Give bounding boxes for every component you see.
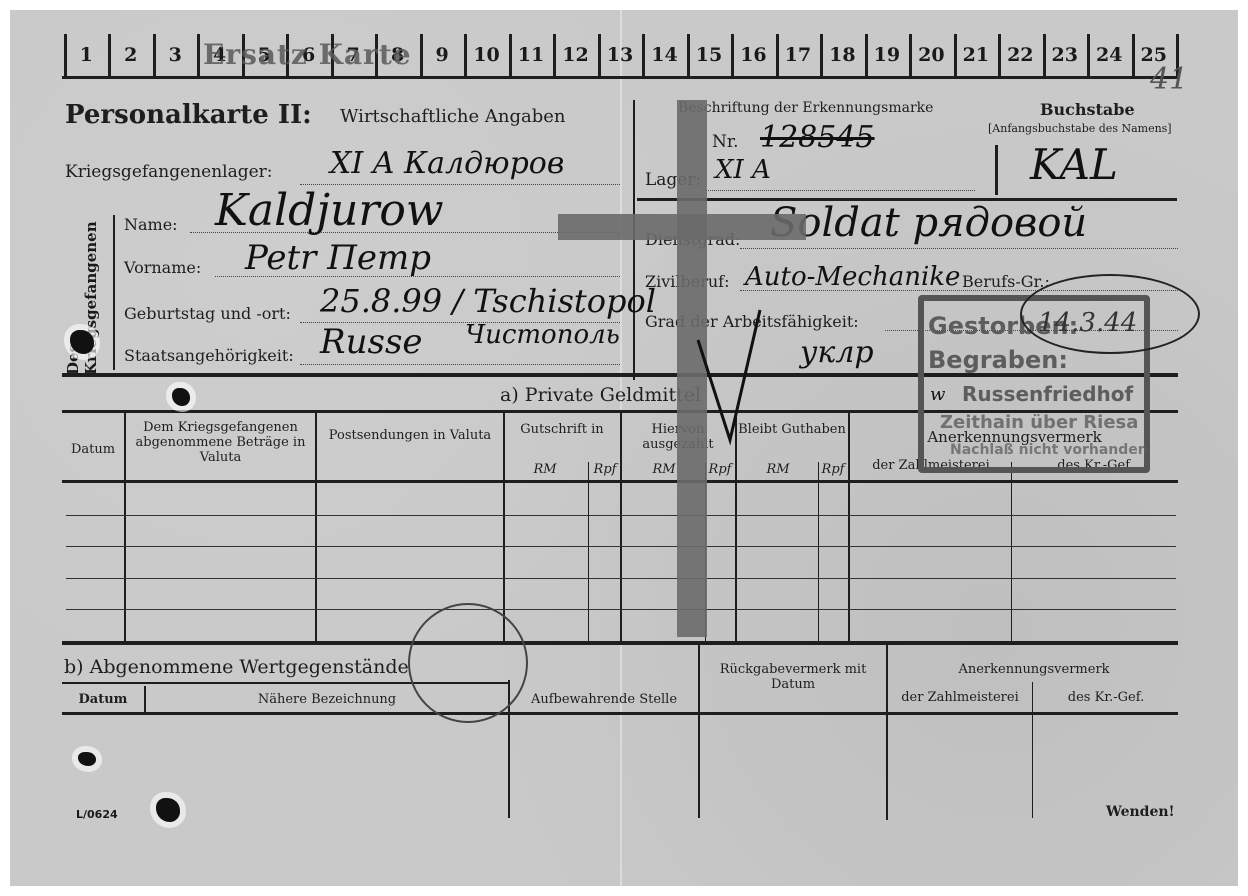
strip-number: 24	[1087, 34, 1131, 76]
section-a-header-rule	[62, 480, 1178, 483]
b-col-anerkennung-kgf: des Kr.-Gef.	[1034, 690, 1178, 705]
strip-number: 22	[998, 34, 1042, 76]
tag-lager-value: XI A	[715, 155, 771, 185]
stamp-line3: Russenfriedhof	[962, 382, 1133, 406]
berufsgr-label: Berufs-Gr.:	[962, 272, 1050, 291]
col-bleibt-rpf: Rpf	[819, 462, 847, 477]
col-postsendungen: Postsendungen in Valuta	[320, 428, 500, 443]
b-col-stelle: Aufbewahrende Stelle	[512, 692, 696, 707]
strip-number: 1	[64, 34, 108, 76]
staat-value: Russe	[320, 322, 423, 362]
strip-number: 14	[642, 34, 686, 76]
letter-subheading: [Anfangsbuchstabe des Namens]	[988, 122, 1172, 135]
vorname-label: Vorname:	[124, 258, 201, 277]
table-row-line	[66, 578, 1176, 579]
b-col-datum: Datum	[64, 692, 142, 707]
hole-2	[172, 388, 190, 406]
strip-bottom-rule	[62, 76, 1178, 79]
strip-number: 9	[420, 34, 464, 76]
section-b-header-rule	[62, 712, 1178, 715]
strip-number: 13	[598, 34, 642, 76]
col-div-5b	[818, 462, 819, 644]
name-value: Kaldjurow	[215, 185, 444, 236]
dienstgrad-value: Soldat рядовой	[770, 200, 1087, 246]
section-a-bottom-rule	[62, 641, 1178, 645]
strip-number: 11	[509, 34, 553, 76]
b-div-4	[1032, 682, 1033, 818]
lager-line	[705, 190, 975, 191]
b-div-datum	[144, 686, 146, 712]
col-bleibt-rm: RM	[740, 462, 816, 477]
dienstgrad-line	[740, 248, 1178, 249]
cross-mark-horizontal	[558, 214, 806, 240]
card-subtitle: Wirtschaftliche Angaben	[340, 106, 566, 127]
strip-number: 18	[820, 34, 864, 76]
strip-number: 20	[909, 34, 953, 76]
col-hiervon-rpf: Rpf	[706, 462, 734, 477]
stamp-line4: Zeithain über Riesa	[940, 412, 1138, 433]
strip-number: 17	[776, 34, 820, 76]
table-row-line	[66, 546, 1176, 547]
col-div-3b	[588, 462, 589, 644]
hole-1	[70, 330, 94, 354]
name-label: Name:	[124, 215, 178, 234]
tag-heading: Beschriftung der Erkennungsmarke	[678, 100, 933, 116]
geburt-cyrillic: Чистополь	[465, 320, 620, 350]
b-col-anerkennung: Anerkennungsvermerk	[890, 662, 1178, 677]
card-title: Personalkarte II:	[65, 100, 312, 130]
col-gutschrift: Gutschrift in	[506, 422, 618, 437]
tag-nr-value: 128545	[760, 120, 875, 155]
staat-line	[300, 364, 620, 365]
camp-value: XI A Калдюров	[330, 146, 564, 181]
letter-heading: Buchstabe	[1040, 100, 1135, 119]
strip-number: 2	[108, 34, 152, 76]
b-col-rueckgabe: Rückgabevermerk mit Datum	[702, 662, 884, 692]
form-code: L/0624	[76, 808, 118, 821]
check-mark-icon	[690, 300, 770, 450]
tag-nr-label: Nr.	[712, 132, 739, 152]
strip-number: 3	[153, 34, 197, 76]
strip-number: 16	[731, 34, 775, 76]
b-div-2	[698, 645, 700, 818]
table-row-line	[66, 609, 1176, 610]
stamp-begraben-label: Begraben:	[928, 346, 1068, 374]
hole-3	[78, 752, 96, 766]
arbeit-value: уклр	[800, 335, 874, 370]
hole-4	[156, 798, 180, 822]
strip-number: 12	[553, 34, 597, 76]
strip-number: 19	[865, 34, 909, 76]
corner-note: 41	[1150, 62, 1188, 97]
section-b-title: b) Abgenommene Wertgegenstände	[64, 656, 409, 678]
col-datum: Datum	[62, 442, 124, 457]
geburt-value: 25.8.99 / Tschistopol	[320, 282, 656, 320]
col-gutschrift-rm: RM	[510, 462, 580, 477]
col-abgenommen: Dem Kriegsgefangenen abgenommene Beträge…	[128, 420, 313, 465]
prisoner-bracket	[113, 215, 115, 370]
strip-number: 23	[1043, 34, 1087, 76]
center-divider	[633, 100, 635, 380]
strip-number: 10	[464, 34, 508, 76]
letter-divider	[995, 145, 998, 195]
section-a-title: a) Private Geldmittel	[500, 384, 701, 406]
date-circle-mark	[1020, 274, 1200, 354]
stamp-line5: Nachlaß nicht vorhanden	[950, 442, 1148, 458]
col-gutschrift-rpf: Rpf	[590, 462, 620, 477]
letter-value: KAL	[1030, 140, 1118, 189]
table-row-line	[66, 515, 1176, 516]
ersatz-karte-stamp: Ersatz Karte	[203, 38, 412, 71]
camp-label: Kriegsgefangenenlager:	[65, 162, 273, 182]
staat-label: Staatsangehörigkeit:	[124, 346, 294, 365]
zivilberuf-value: Auto-Mechanike	[745, 262, 960, 292]
geburt-label: Geburtstag und -ort:	[124, 304, 291, 323]
b-col-anerkennung-zahl: der Zahlmeisterei	[890, 690, 1030, 705]
vorname-value: Petr Петр	[245, 238, 431, 278]
strip-number: 21	[954, 34, 998, 76]
col-div-7	[1011, 462, 1012, 644]
b-div-3	[886, 645, 888, 820]
turn-note: Wenden!	[1106, 804, 1175, 820]
strip-number: 15	[687, 34, 731, 76]
round-stamp	[408, 603, 528, 723]
stamp-mark: w	[930, 384, 945, 405]
